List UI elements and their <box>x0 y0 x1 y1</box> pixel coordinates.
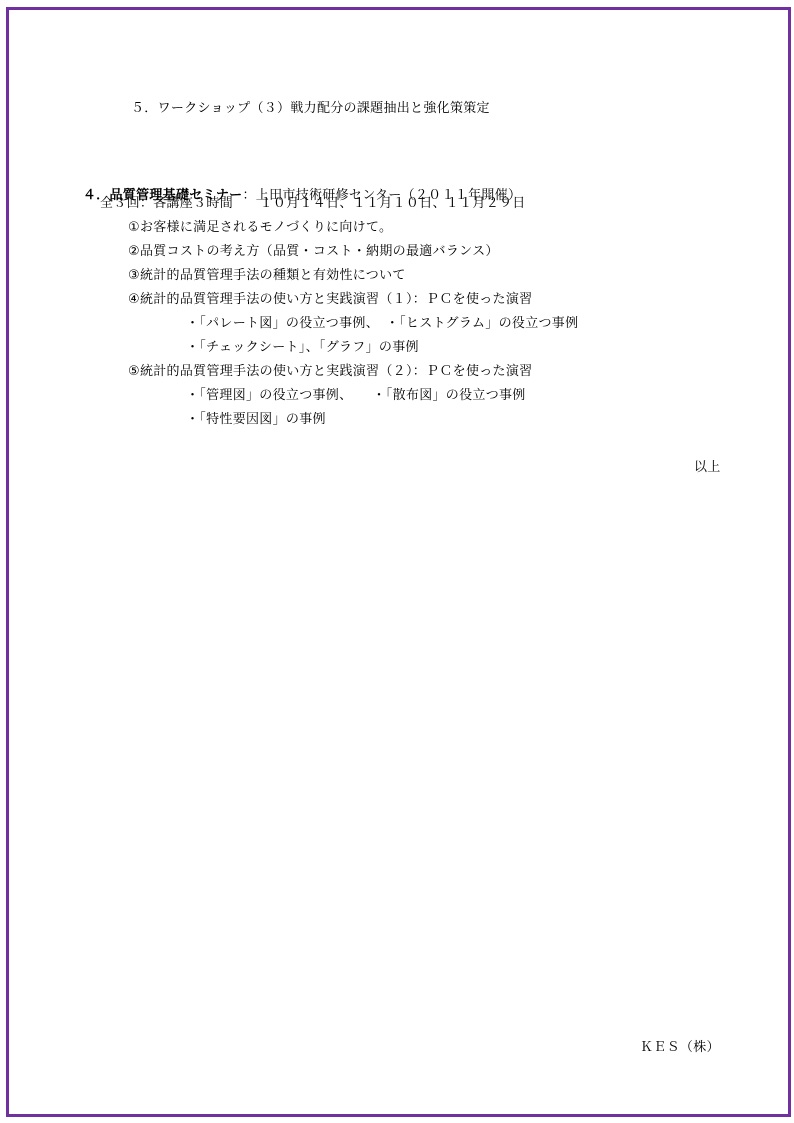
company-name: ＫＥＳ（株） <box>640 1040 720 1056</box>
schedule-line: 全３回：各講座３時間 １０月１４日、１１月１０日、１１月２９日 <box>100 196 526 212</box>
course-item-2: ②品質コストの考え方（品質・コスト・納期の最適バランス） <box>128 244 499 260</box>
course-subitem: ・「管理図」の役立つ事例、 ・「散布図」の役立つ事例 <box>186 388 526 404</box>
course-item-1: ①お客様に満足されるモノづくりに向けて。 <box>128 220 392 236</box>
workshop-item-5: ５．ワークショップ（３）戦力配分の課題抽出と強化策策定 <box>131 101 490 117</box>
course-item-4: ④統計的品質管理手法の使い方と実践演習（１）：ＰＣを使った演習 <box>128 292 532 308</box>
course-subitem: ・「特性要因図」の事例 <box>186 412 326 428</box>
course-item-3: ③統計的品質管理手法の種類と有効性について <box>128 268 406 284</box>
course-subitem: ・「パレート図」の役立つ事例、 ・「ヒストグラム」の役立つ事例 <box>186 316 578 332</box>
course-item-5: ⑤統計的品質管理手法の使い方と実践演習（２）：ＰＣを使った演習 <box>128 364 532 380</box>
closing-mark: 以上 <box>694 460 721 476</box>
course-subitem: ・「チェックシート」、「グラフ」の事例 <box>186 340 419 356</box>
